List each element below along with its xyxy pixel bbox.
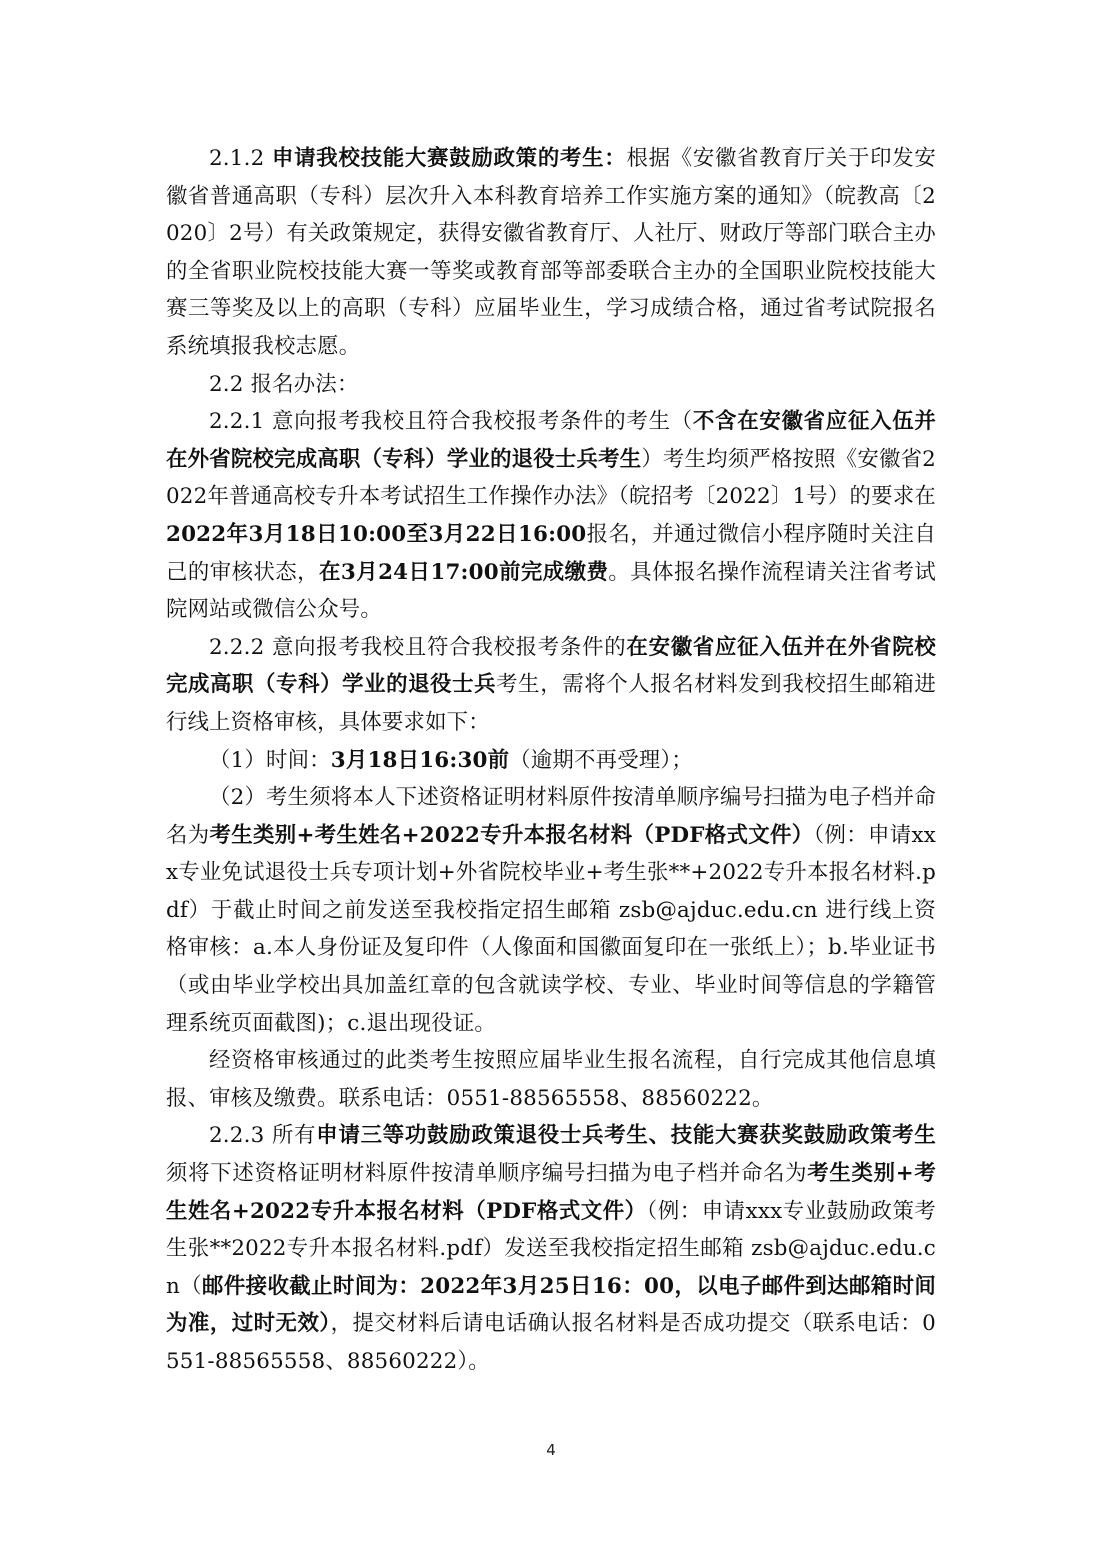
text-segment: （逾期不再受理）； — [509, 748, 693, 773]
bold-registration-period: 2022年3月18日10:00至3月22日16:00 — [166, 522, 586, 547]
text-segment: （例：申请xxx专业免试退役士兵专项计划+外省院校毕业+考生张**+2022专升… — [166, 823, 936, 1036]
bold-heading: 申请我校技能大赛鼓励政策的考生： — [272, 146, 626, 171]
text-segment: 2.2.2 意向报考我校且符合我校报考条件的 — [209, 635, 626, 660]
section-heading-2-2: 2.2 报名办法： — [166, 366, 936, 404]
paragraph-2-2-1: 2.2.1 意向报考我校且符合我校报考条件的考生（不含在安徽省应征入伍并在外省院… — [166, 403, 936, 629]
text-segment: 2.2.1 意向报考我校且符合我校报考条件的考生（ — [209, 409, 693, 434]
paragraph-2-2-3: 2.2.3 所有申请三等功鼓励政策退役士兵考生、技能大赛获奖鼓励政策考生须将下述… — [166, 1117, 936, 1380]
list-item-1: （1）时间：3月18日16:30前（逾期不再受理）； — [166, 742, 936, 780]
bold-target-group: 申请三等功鼓励政策退役士兵考生、技能大赛获奖鼓励政策考生 — [316, 1123, 936, 1148]
text-segment: 经资格审核通过的此类考生按照应届毕业生报名流程，自行完成其他信息填报、审核及缴费… — [166, 1048, 936, 1111]
bold-payment-deadline: 在3月24日17:00前完成缴费 — [319, 560, 608, 585]
paragraph-2-2-2: 2.2.2 意向报考我校且符合我校报考条件的在安徽省应征入伍并在外省院校完成高职… — [166, 629, 936, 742]
list-item-2: （2）考生须将本人下述资格证明材料原件按清单顺序编号扫描为电子档并命名为考生类别… — [166, 779, 936, 1042]
text-segment: 根据《安徽省教育厅关于印发安徽省普通高职（专科）层次升入本科教育培养工作实施方案… — [166, 146, 936, 359]
bold-file-naming: 考生类别+考生姓名+2022专升本报名材料（PDF格式文件） — [209, 823, 813, 848]
paragraph-2-1-2: 2.1.2 申请我校技能大赛鼓励政策的考生：根据《安徽省教育厅关于印发安徽省普通… — [166, 140, 936, 366]
text-segment: 2.2.3 所有 — [209, 1123, 316, 1148]
paragraph-review: 经资格审核通过的此类考生按照应届毕业生报名流程，自行完成其他信息填报、审核及缴费… — [166, 1042, 936, 1117]
page-number: 4 — [0, 1441, 1102, 1459]
text-segment: （1）时间： — [209, 748, 331, 773]
document-page: 2.1.2 申请我校技能大赛鼓励政策的考生：根据《安徽省教育厅关于印发安徽省普通… — [166, 140, 936, 1381]
text-segment: 2.1.2 — [209, 146, 272, 171]
text-segment: 2.2 报名办法： — [209, 372, 359, 397]
bold-deadline: 3月18日16:30前 — [331, 748, 509, 773]
text-segment: 须将下述资格证明材料原件按清单顺序编号扫描为电子档并命名为 — [166, 1161, 807, 1186]
